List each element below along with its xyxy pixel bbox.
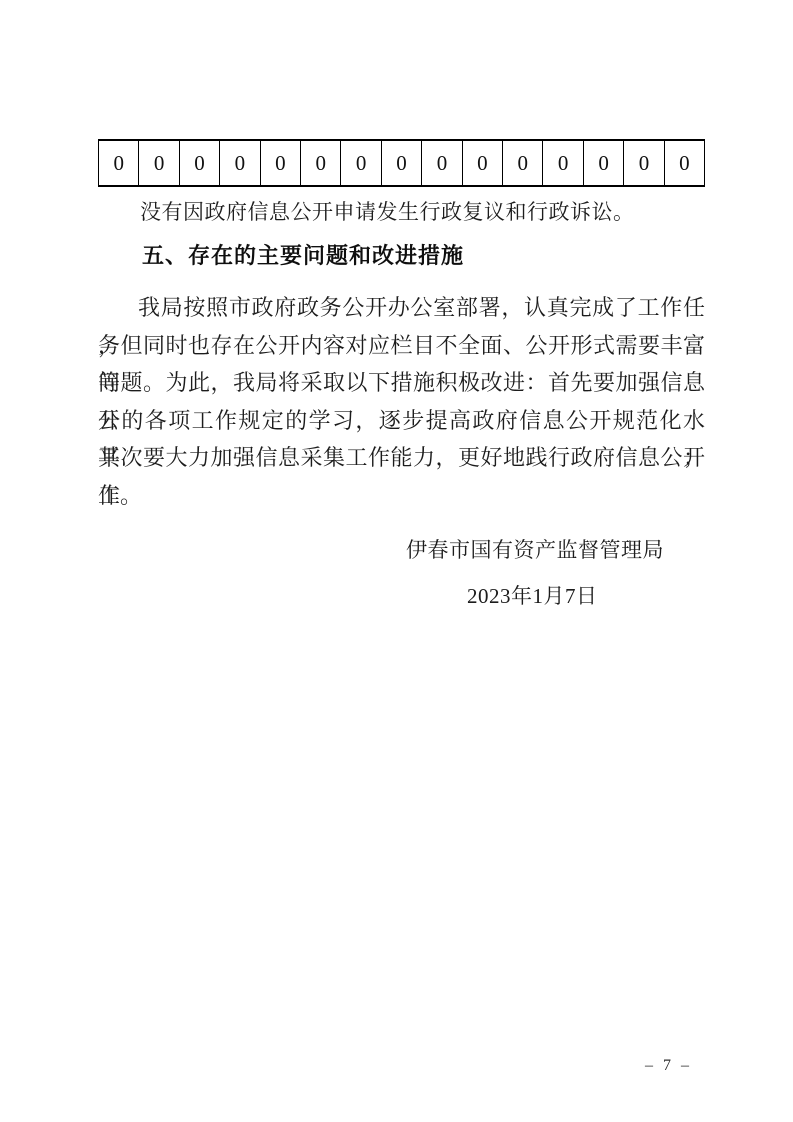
signature-date: 2023年1月7日: [467, 580, 598, 610]
body-line: 我局按照市政府政务公开办公室部署，认真完成了工作任务: [98, 289, 705, 327]
body-line: 其次要大力加强信息采集工作能力，更好地践行政府信息公开工: [98, 439, 705, 477]
table-cell: 0: [301, 141, 341, 185]
table-cell: 0: [665, 141, 704, 185]
section-heading: 五、存在的主要问题和改进措施: [98, 241, 705, 270]
table-cell: 0: [220, 141, 260, 185]
table-cell: 0: [463, 141, 503, 185]
table-cell: 0: [584, 141, 624, 185]
table-cell: 0: [139, 141, 179, 185]
table-cell: 0: [382, 141, 422, 185]
table-cell: 0: [624, 141, 664, 185]
section-body: 我局按照市政府政务公开办公室部署，认真完成了工作任务 ，但同时也存在公开内容对应…: [98, 289, 705, 515]
table-cell: 0: [99, 141, 139, 185]
intro-sentence: 没有因政府信息公开申请发生行政复议和行政诉讼。: [98, 199, 705, 226]
body-line: ，但同时也存在公开内容对应栏目不全面、公开形式需要丰富等: [98, 327, 705, 365]
table-cell: 0: [261, 141, 301, 185]
table-cell: 0: [503, 141, 543, 185]
table-cell: 0: [180, 141, 220, 185]
body-line: 作。: [98, 477, 705, 515]
signature-organization: 伊春市国有资产监督管理局: [406, 534, 664, 564]
document-page: 0 0 0 0 0 0 0 0 0 0 0 0 0 0 0 没有因政府信息公开申…: [0, 0, 793, 1122]
body-line: 开的各项工作规定的学习，逐步提高政府信息公开规范化水平；: [98, 402, 705, 440]
table-cell: 0: [341, 141, 381, 185]
table-cell: 0: [543, 141, 583, 185]
body-line: 问题。为此，我局将采取以下措施积极改进：首先要加强信息公: [98, 364, 705, 402]
page-number: – 7 –: [645, 1057, 692, 1075]
table-cell: 0: [422, 141, 462, 185]
statistics-table-row: 0 0 0 0 0 0 0 0 0 0 0 0 0 0 0: [98, 139, 705, 187]
